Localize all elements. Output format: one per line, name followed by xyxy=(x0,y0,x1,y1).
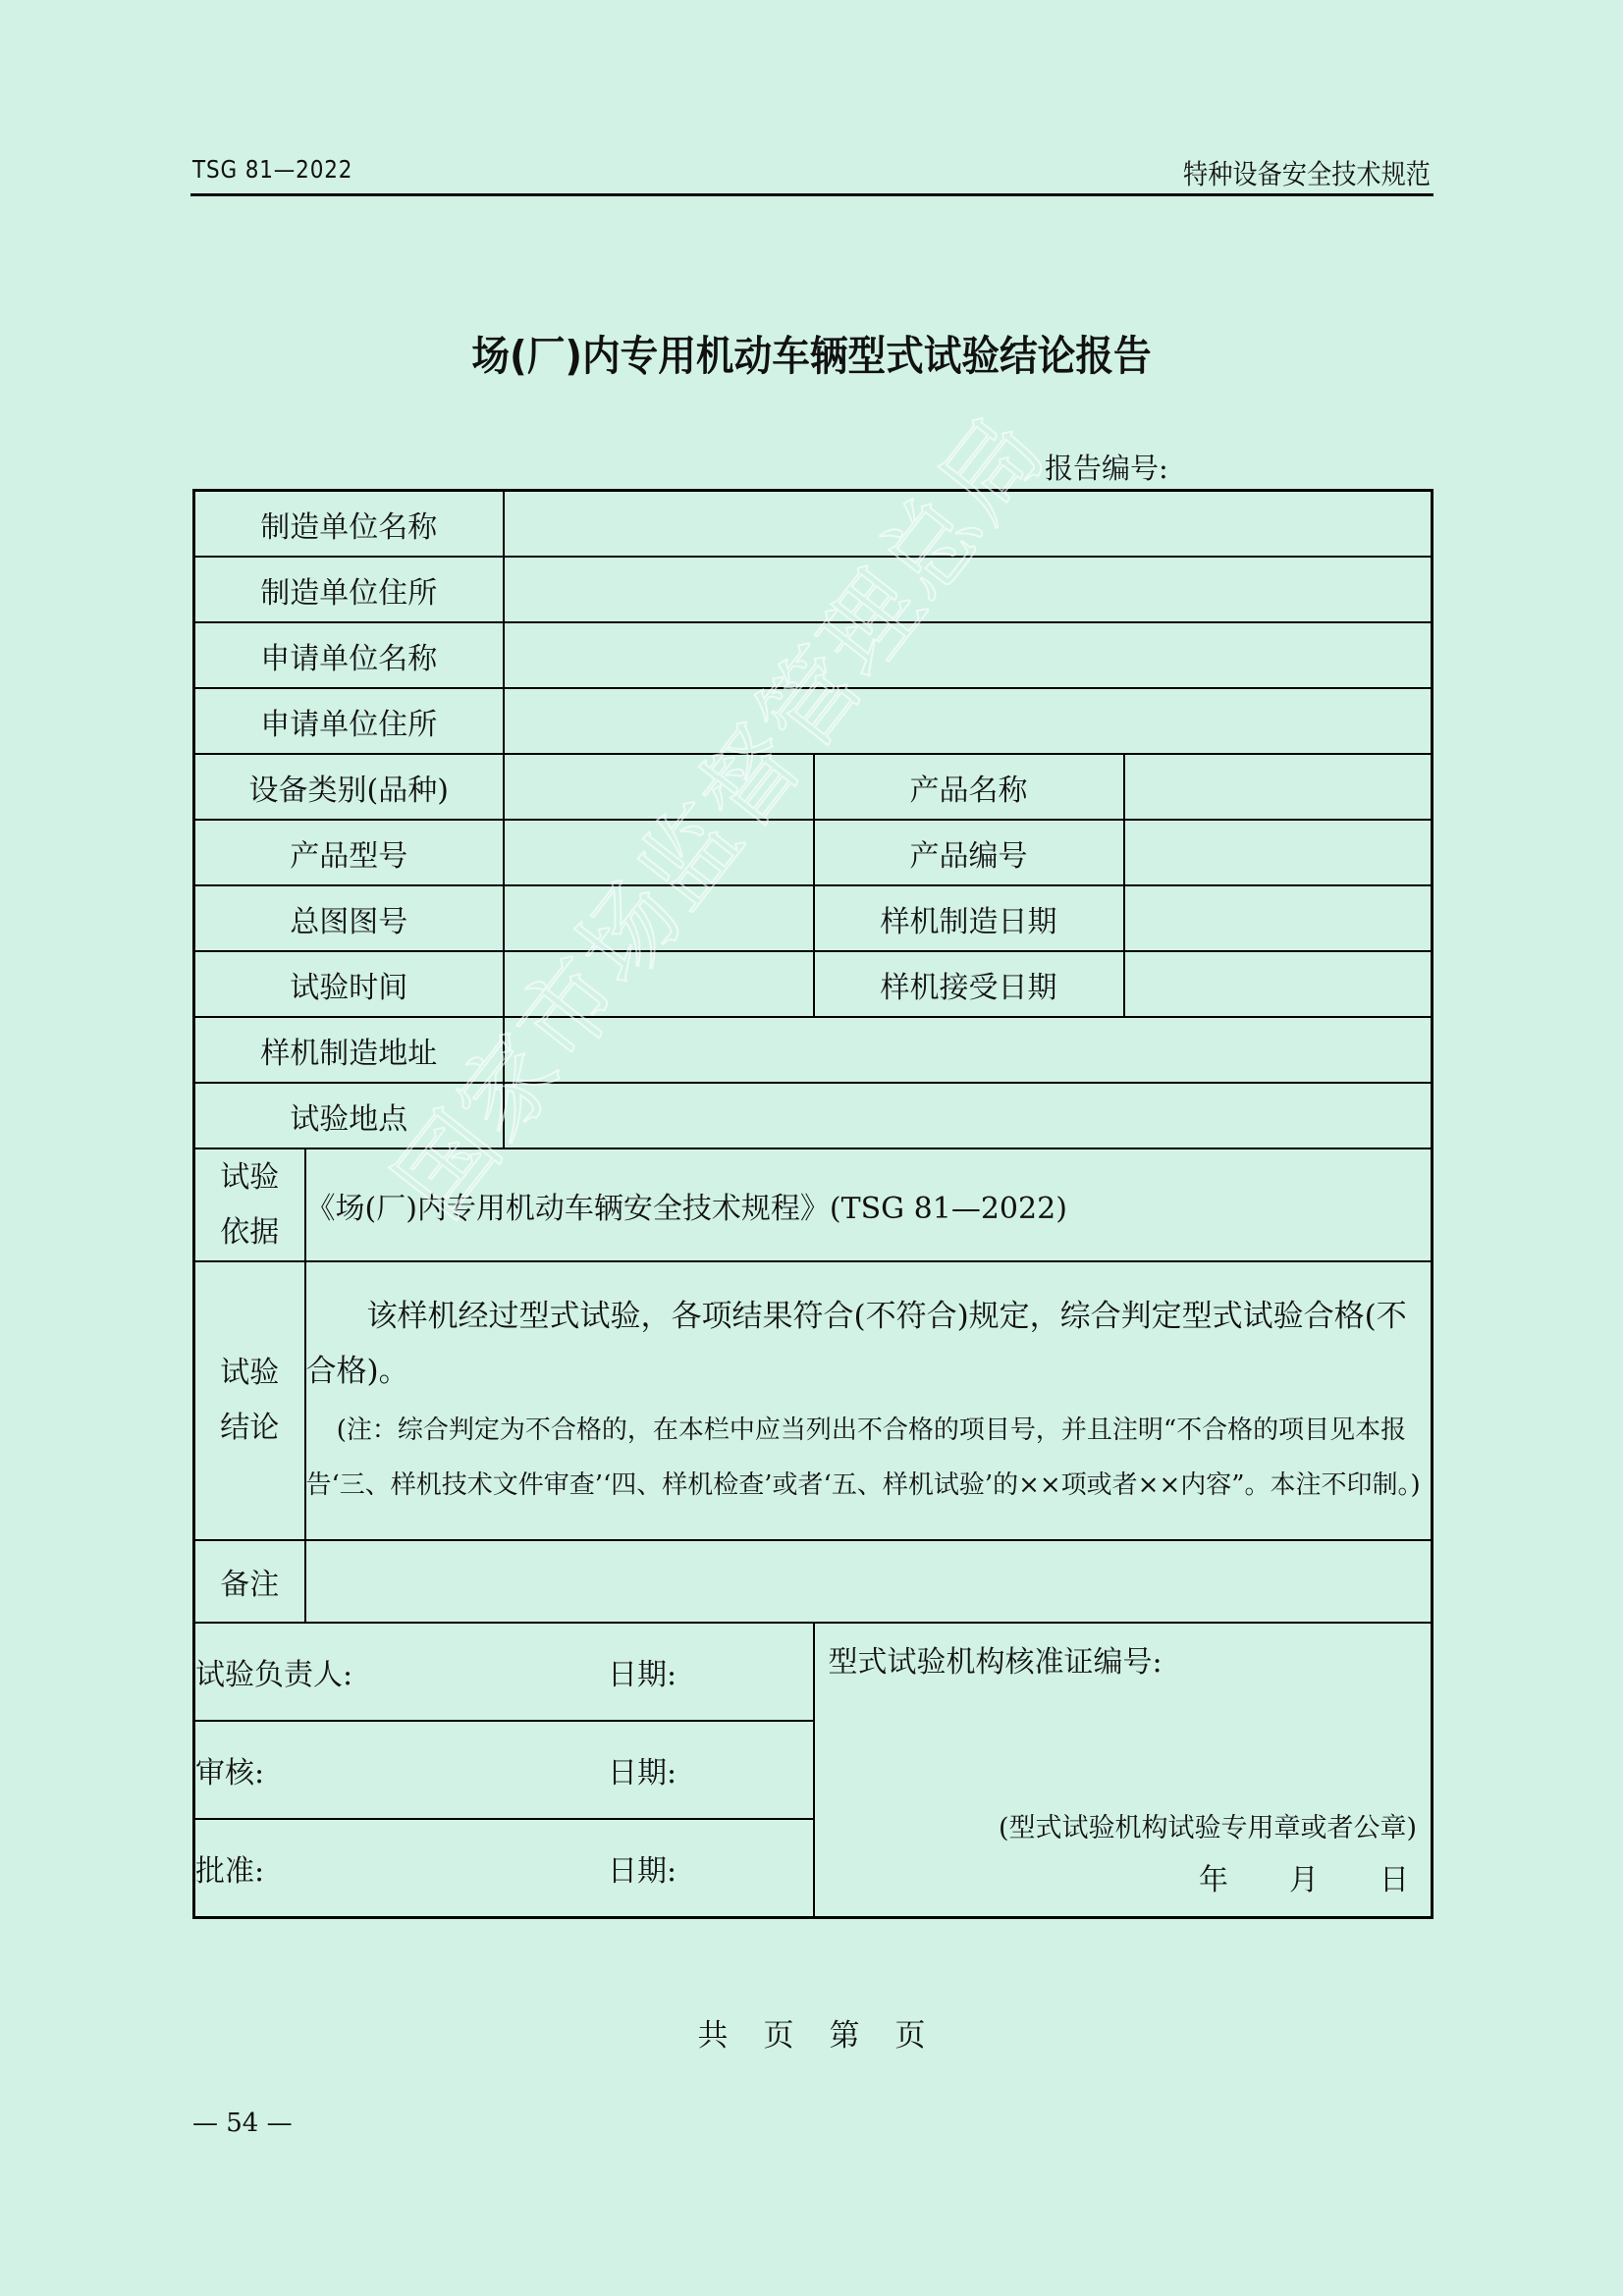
product-number-field[interactable] xyxy=(1124,820,1433,885)
form-row: 试验地点 xyxy=(194,1083,1433,1148)
series-title: 特种设备安全技术规范 xyxy=(1183,153,1431,192)
form-row: 总图图号 样机制造日期 xyxy=(194,885,1433,951)
field-label: 申请单位名称 xyxy=(194,622,504,688)
approval-number-label: 型式试验机构核准证编号: xyxy=(829,1637,1163,1681)
field-label: 制造单位名称 xyxy=(194,491,504,558)
signature-date-label: 日期: xyxy=(608,1846,676,1890)
signature-role: 试验负责人: xyxy=(195,1658,352,1692)
page-number: — 54 — xyxy=(192,2109,293,2138)
page-word: 页 xyxy=(764,2018,794,2054)
signature-reviewer[interactable]: 审核: 日期: xyxy=(194,1721,814,1819)
remarks-label: 备注 xyxy=(194,1540,305,1623)
form-row: 制造单位名称 xyxy=(194,491,1433,558)
product-name-field[interactable] xyxy=(1124,754,1433,820)
conclusion-row: 试验 结论 该样机经过型式试验，各项结果符合(不符合)规定，综合判定型式试验合格… xyxy=(194,1261,1433,1540)
seal-label: (型式试验机构试验专用章或者公章) xyxy=(999,1806,1417,1844)
basis-label-line2: 依据 xyxy=(195,1205,304,1260)
signature-role: 批准: xyxy=(195,1854,264,1889)
organization-seal-area[interactable]: 型式试验机构核准证编号: (型式试验机构试验专用章或者公章) 年月日 xyxy=(814,1623,1433,1918)
conclusion-note: (注：综合判定为不合格的，在本栏中应当列出不合格的项目号，并且注明“不合格的项目… xyxy=(306,1403,1432,1513)
remarks-field[interactable] xyxy=(305,1540,1433,1623)
basis-label-line1: 试验 xyxy=(195,1150,304,1205)
signature-tester[interactable]: 试验负责人: 日期: xyxy=(194,1623,814,1721)
day-label: 日 xyxy=(1380,1863,1409,1897)
header-rule xyxy=(190,193,1434,196)
signature-row: 试验负责人: 日期: 型式试验机构核准证编号: (型式试验机构试验专用章或者公章… xyxy=(194,1623,1433,1721)
field-label: 制造单位住所 xyxy=(194,557,504,622)
equipment-category-field[interactable] xyxy=(504,754,814,820)
field-label: 设备类别(品种) xyxy=(194,754,504,820)
field-label: 申请单位住所 xyxy=(194,688,504,754)
test-location-field[interactable] xyxy=(504,1083,1433,1148)
current-prefix: 第 xyxy=(830,2018,860,2054)
remarks-row: 备注 xyxy=(194,1540,1433,1623)
conclusion-label-line2: 结论 xyxy=(195,1401,304,1456)
signature-role: 审核: xyxy=(195,1756,264,1790)
manufacturer-name-field[interactable] xyxy=(504,491,1433,558)
report-form: 制造单位名称 制造单位住所 申请单位名称 申请单位住所 设备类别(品种) 产品名… xyxy=(192,489,1434,1919)
standard-code: TSG 81—2022 xyxy=(192,155,352,184)
page-count: 共页第页 xyxy=(0,2010,1623,2055)
field-label: 试验地点 xyxy=(194,1083,504,1148)
field-label: 样机制造日期 xyxy=(814,885,1124,951)
report-number-label: 报告编号: xyxy=(1045,447,1168,487)
field-label: 样机接受日期 xyxy=(814,951,1124,1017)
signature-date-label: 日期: xyxy=(608,1748,676,1791)
conclusion-content[interactable]: 该样机经过型式试验，各项结果符合(不符合)规定，综合判定型式试验合格(不合格)。… xyxy=(305,1261,1433,1540)
field-label: 产品编号 xyxy=(814,820,1124,885)
applicant-address-field[interactable] xyxy=(504,688,1433,754)
test-time-field[interactable] xyxy=(504,951,814,1017)
page-word: 页 xyxy=(895,2018,926,2054)
form-row: 样机制造地址 xyxy=(194,1017,1433,1083)
form-row: 试验时间 样机接受日期 xyxy=(194,951,1433,1017)
general-drawing-number-field[interactable] xyxy=(504,885,814,951)
field-label: 总图图号 xyxy=(194,885,504,951)
prototype-receipt-date-field[interactable] xyxy=(1124,951,1433,1017)
document-title: 场(厂)内专用机动车辆型式试验结论报告 xyxy=(65,324,1558,383)
prototype-manufacture-address-field[interactable] xyxy=(504,1017,1433,1083)
field-label: 样机制造地址 xyxy=(194,1017,504,1083)
total-prefix: 共 xyxy=(698,2018,729,2054)
conclusion-text: 该样机经过型式试验，各项结果符合(不符合)规定，综合判定型式试验合格(不合格)。 xyxy=(306,1289,1432,1399)
basis-text: 《场(厂)内专用机动车辆安全技术规程》(TSG 81—2022) xyxy=(305,1148,1433,1261)
form-row: 制造单位住所 xyxy=(194,557,1433,622)
form-row: 申请单位住所 xyxy=(194,688,1433,754)
basis-label: 试验 依据 xyxy=(194,1148,305,1261)
signature-approver[interactable]: 批准: 日期: xyxy=(194,1819,814,1918)
conclusion-label-line1: 试验 xyxy=(195,1346,304,1401)
conclusion-label: 试验 结论 xyxy=(194,1261,305,1540)
field-label: 试验时间 xyxy=(194,951,504,1017)
month-label: 月 xyxy=(1289,1863,1319,1897)
year-label: 年 xyxy=(1199,1863,1228,1897)
signature-date-label: 日期: xyxy=(608,1650,676,1693)
seal-date: 年月日 xyxy=(1138,1855,1409,1898)
form-row: 设备类别(品种) 产品名称 xyxy=(194,754,1433,820)
manufacturer-address-field[interactable] xyxy=(504,557,1433,622)
product-model-field[interactable] xyxy=(504,820,814,885)
field-label: 产品名称 xyxy=(814,754,1124,820)
applicant-name-field[interactable] xyxy=(504,622,1433,688)
form-row: 申请单位名称 xyxy=(194,622,1433,688)
prototype-manufacture-date-field[interactable] xyxy=(1124,885,1433,951)
form-row: 产品型号 产品编号 xyxy=(194,820,1433,885)
field-label: 产品型号 xyxy=(194,820,504,885)
basis-row: 试验 依据 《场(厂)内专用机动车辆安全技术规程》(TSG 81—2022) xyxy=(194,1148,1433,1261)
